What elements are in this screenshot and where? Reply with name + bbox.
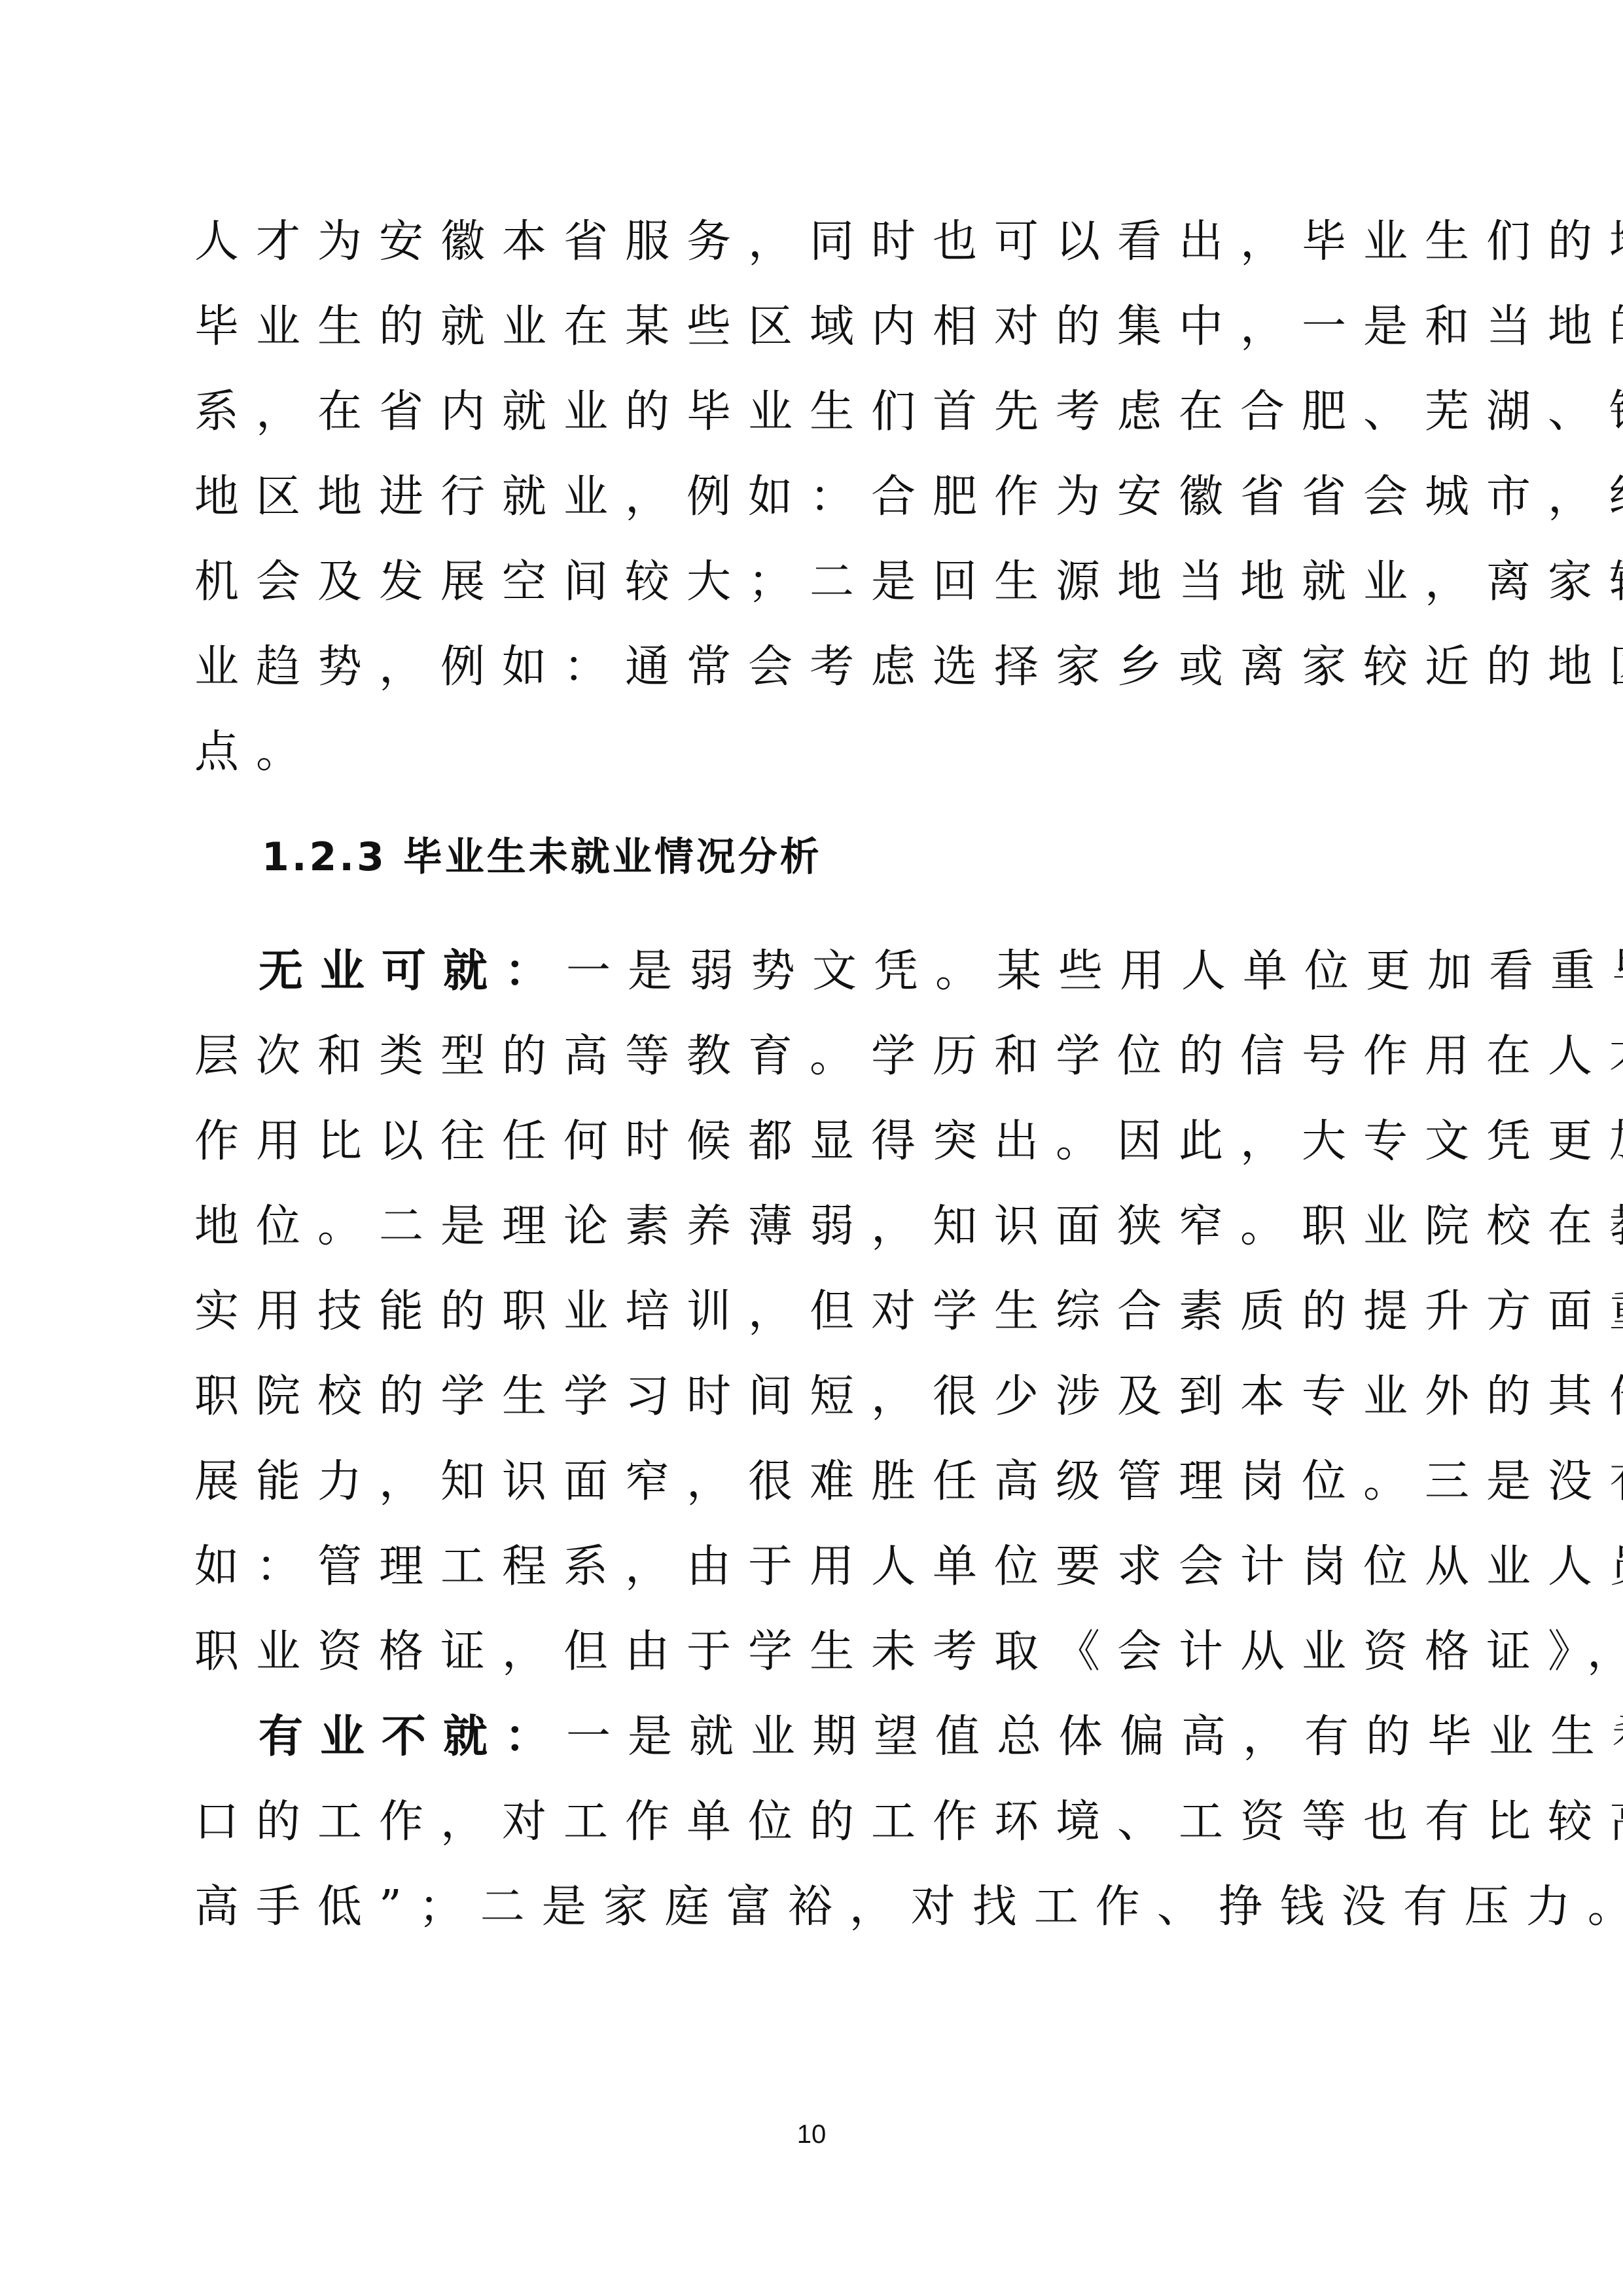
paragraph-3-first-text: 一是就业期望值总体偏高，有的毕业生希望能从事专业对 [566, 1711, 1623, 1763]
page-number: 10 [0, 2120, 1623, 2149]
document-page: 人才为安徽本省服务，同时也可以看出，毕业生们的地域观念相对较强， 毕业生的就业在… [0, 0, 1623, 2296]
paragraph-2-lead: 无业可就： [259, 945, 566, 997]
paragraph-1-line: 地区地进行就业，例如：合肥作为安徽省省会城市，经济较为发达，从业 [194, 465, 1431, 530]
paragraph-1-line: 业趋势，例如：通常会考虑选择家乡或离家较近的地区作为就业的首选地 [194, 635, 1431, 700]
paragraph-2-line: 层次和类型的高等教育。学历和学位的信号作用在人才、劳动力市场上的 [194, 1024, 1431, 1089]
paragraph-3-line: 高手低”；二是家庭富裕，对找工作、挣钱没有压力。 [194, 1875, 1431, 1940]
paragraph-2-line: 作用比以往任何时候都显得突出。因此，大专文凭更加的处于一种弱势的 [194, 1109, 1431, 1174]
paragraph-2-line: 展能力，知识面窄，很难胜任高级管理岗位。三是没有取得相应的资格证。 [194, 1449, 1431, 1515]
paragraph-2-line: 地位。二是理论素养薄弱，知识面狭窄。职业院校在教育过程中，强调了 [194, 1194, 1431, 1260]
paragraph-1-line: 毕业生的就业在某些区域内相对的集中，一是和当地的经济发展程度有关 [194, 294, 1431, 360]
paragraph-2-line: 实用技能的职业培训，但对学生综合素质的提升方面重视不够。另外，高 [194, 1279, 1431, 1345]
paragraph-1-line: 点。 [194, 720, 1431, 785]
paragraph-3-lead: 有业不就： [259, 1711, 566, 1763]
paragraph-1-line: 系，在省内就业的毕业生们首先考虑在合肥、芜湖、铜陵等经济较为发达 [194, 380, 1431, 445]
paragraph-2-line: 职业资格证，但由于学生未考取《会计从业资格证》，耽误了就业。 [194, 1619, 1431, 1685]
section-heading: 1.2.3 毕业生未就业情况分析 [262, 828, 822, 887]
paragraph-2-first-line: 无业可就：一是弱势文凭。某些用人单位更加看重毕业生接受的是什么 [259, 939, 1495, 1004]
paragraph-2-first-text: 一是弱势文凭。某些用人单位更加看重毕业生接受的是什么 [566, 945, 1623, 997]
paragraph-3-line: 口的工作，对工作单位的工作环境、工资等也有比较高的要求，往往“眼 [194, 1790, 1431, 1855]
paragraph-1-line: 人才为安徽本省服务，同时也可以看出，毕业生们的地域观念相对较强， [194, 209, 1431, 275]
paragraph-2-line: 职院校的学生学习时间短，很少涉及到本专业外的其他学科，缺少知识拓 [194, 1364, 1431, 1430]
paragraph-1-line: 机会及发展空间较大；二是回生源地当地就业，离家较近也是目前一个就 [194, 550, 1431, 615]
paragraph-2-line: 如：管理工程系，由于用人单位要求会计岗位从业人员必须要持有会计类 [194, 1534, 1431, 1600]
paragraph-3-first-line: 有业不就：一是就业期望值总体偏高，有的毕业生希望能从事专业对 [259, 1704, 1495, 1770]
